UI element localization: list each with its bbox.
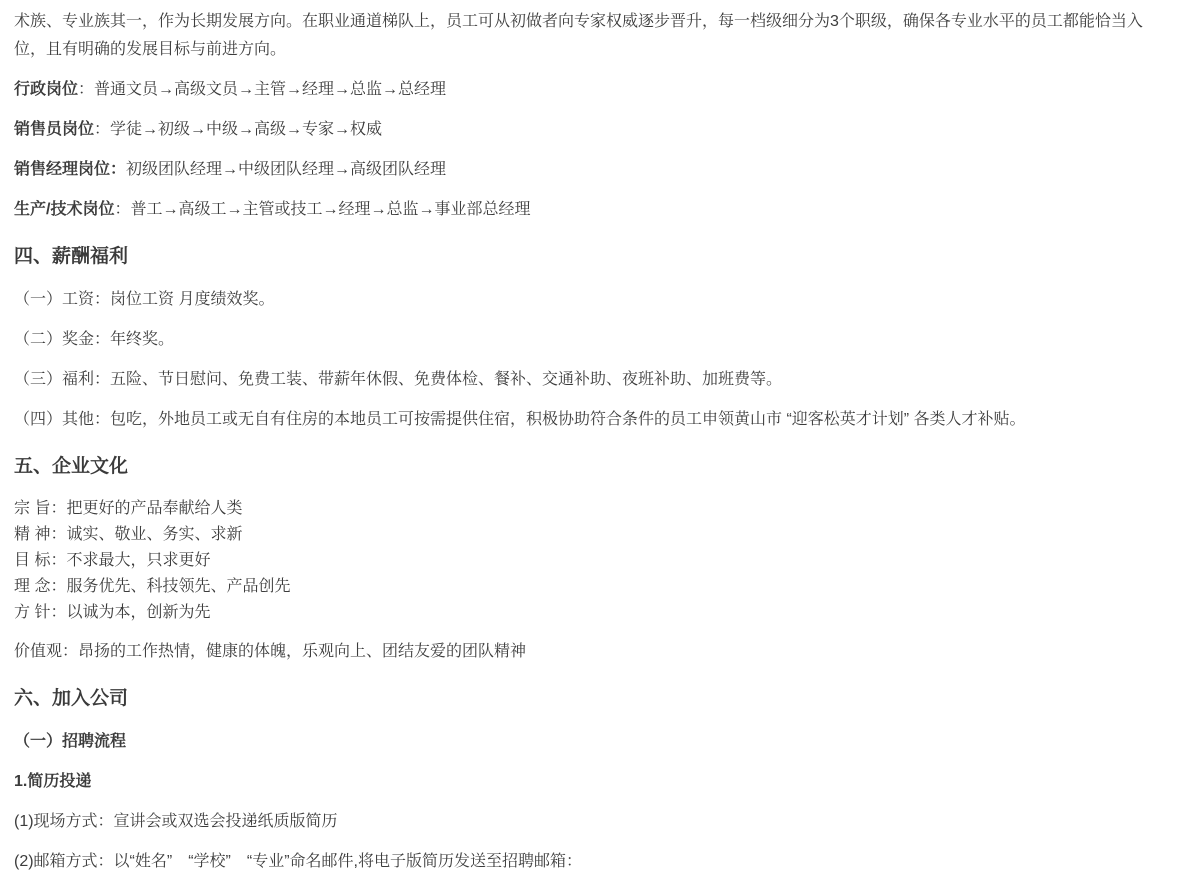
text-run: 术族、专业族其一，作为长期发展方向。在职业通道梯队上，员工可从初做者向专家权威逐… — [14, 13, 1143, 58]
text-run: ：学徒→初级→中级→高级→专家→权威 — [94, 121, 382, 138]
paragraph: 价值观：昂扬的工作热情，健康的体魄，乐观向上、团结友爱的团队精神 — [14, 638, 1166, 666]
paragraph: （四）其他：包吃，外地员工或无自有住房的本地员工可按需提供住宿，积极协助符合条件… — [14, 406, 1166, 434]
paragraph: 生产/技术岗位：普工→高级工→主管或技工→经理→总监→事业部总经理 — [14, 196, 1166, 224]
bold-label: 销售员岗位 — [14, 121, 94, 138]
paragraph: （二）奖金：年终奖。 — [14, 326, 1166, 354]
paragraph: 行政岗位：普通文员→高级文员→主管→经理→总监→总经理 — [14, 76, 1166, 104]
culture-lines-paragraph: 宗 旨：把更好的产品奉献给人类精 神：诚实、敬业、务实、求新目 标：不求最大，只… — [14, 496, 1166, 626]
paragraph: （三）福利：五险、节日慰问、免费工装、带薪年休假、免费体检、餐补、交通补助、夜班… — [14, 366, 1166, 394]
section-heading: 四、薪酬福利 — [14, 244, 1166, 270]
text-run: （三）福利：五险、节日慰问、免费工装、带薪年休假、免费体检、餐补、交通补助、夜班… — [14, 371, 782, 388]
paragraph: 1.简历投递 — [14, 768, 1166, 796]
paragraph: (2)邮箱方式：以“姓名” “学校” “专业”命名邮件,将电子版简历发送至招聘邮… — [14, 848, 1166, 871]
bold-label: 生产/技术岗位 — [14, 201, 114, 218]
section-heading: 五、企业文化 — [14, 454, 1166, 480]
culture-line: 理 念：服务优先、科技领先、产品创先 — [14, 578, 290, 595]
culture-line: 宗 旨：把更好的产品奉献给人类 — [14, 500, 242, 517]
bold-label: （一）招聘流程 — [14, 733, 126, 750]
text-run: （二）奖金：年终奖。 — [14, 331, 174, 348]
paragraph: (1)现场方式：宣讲会或双选会投递纸质版简历 — [14, 808, 1166, 836]
paragraph: 术族、专业族其一，作为长期发展方向。在职业通道梯队上，员工可从初做者向专家权威逐… — [14, 8, 1166, 64]
text-run: （一）工资：岗位工资 月度绩效奖。 — [14, 291, 274, 308]
bold-label: 1.简历投递 — [14, 773, 91, 790]
document-article: 术族、专业族其一，作为长期发展方向。在职业通道梯队上，员工可从初做者向专家权威逐… — [0, 0, 1180, 871]
paragraph: 销售经理岗位：初级团队经理→中级团队经理→高级团队经理 — [14, 156, 1166, 184]
paragraph: 销售员岗位：学徒→初级→中级→高级→专家→权威 — [14, 116, 1166, 144]
text-run: （四）其他：包吃，外地员工或无自有住房的本地员工可按需提供住宿，积极协助符合条件… — [14, 411, 1026, 428]
text-run: ：普通文员→高级文员→主管→经理→总监→总经理 — [78, 81, 446, 98]
bold-label: 销售经理岗位： — [14, 161, 126, 178]
section-heading: 六、加入公司 — [14, 686, 1166, 712]
culture-line: 方 针：以诚为本，创新为先 — [14, 604, 210, 621]
culture-line: 精 神：诚实、敬业、务实、求新 — [14, 526, 242, 543]
text-run: 初级团队经理→中级团队经理→高级团队经理 — [126, 161, 446, 178]
section-heading-text: 四、薪酬福利 — [14, 246, 128, 267]
section-heading-text: 六、加入公司 — [14, 688, 128, 709]
text-run: (1)现场方式：宣讲会或双选会投递纸质版简历 — [14, 813, 338, 830]
paragraph: （一）工资：岗位工资 月度绩效奖。 — [14, 286, 1166, 314]
text-run: 价值观：昂扬的工作热情，健康的体魄，乐观向上、团结友爱的团队精神 — [14, 643, 526, 660]
bold-label: 行政岗位 — [14, 81, 78, 98]
text-run: (2)邮箱方式：以“姓名” “学校” “专业”命名邮件,将电子版简历发送至招聘邮… — [14, 853, 582, 870]
section-heading-text: 五、企业文化 — [14, 456, 128, 477]
text-run: ：普工→高级工→主管或技工→经理→总监→事业部总经理 — [114, 201, 530, 218]
paragraph: （一）招聘流程 — [14, 728, 1166, 756]
culture-line: 目 标：不求最大，只求更好 — [14, 552, 210, 569]
